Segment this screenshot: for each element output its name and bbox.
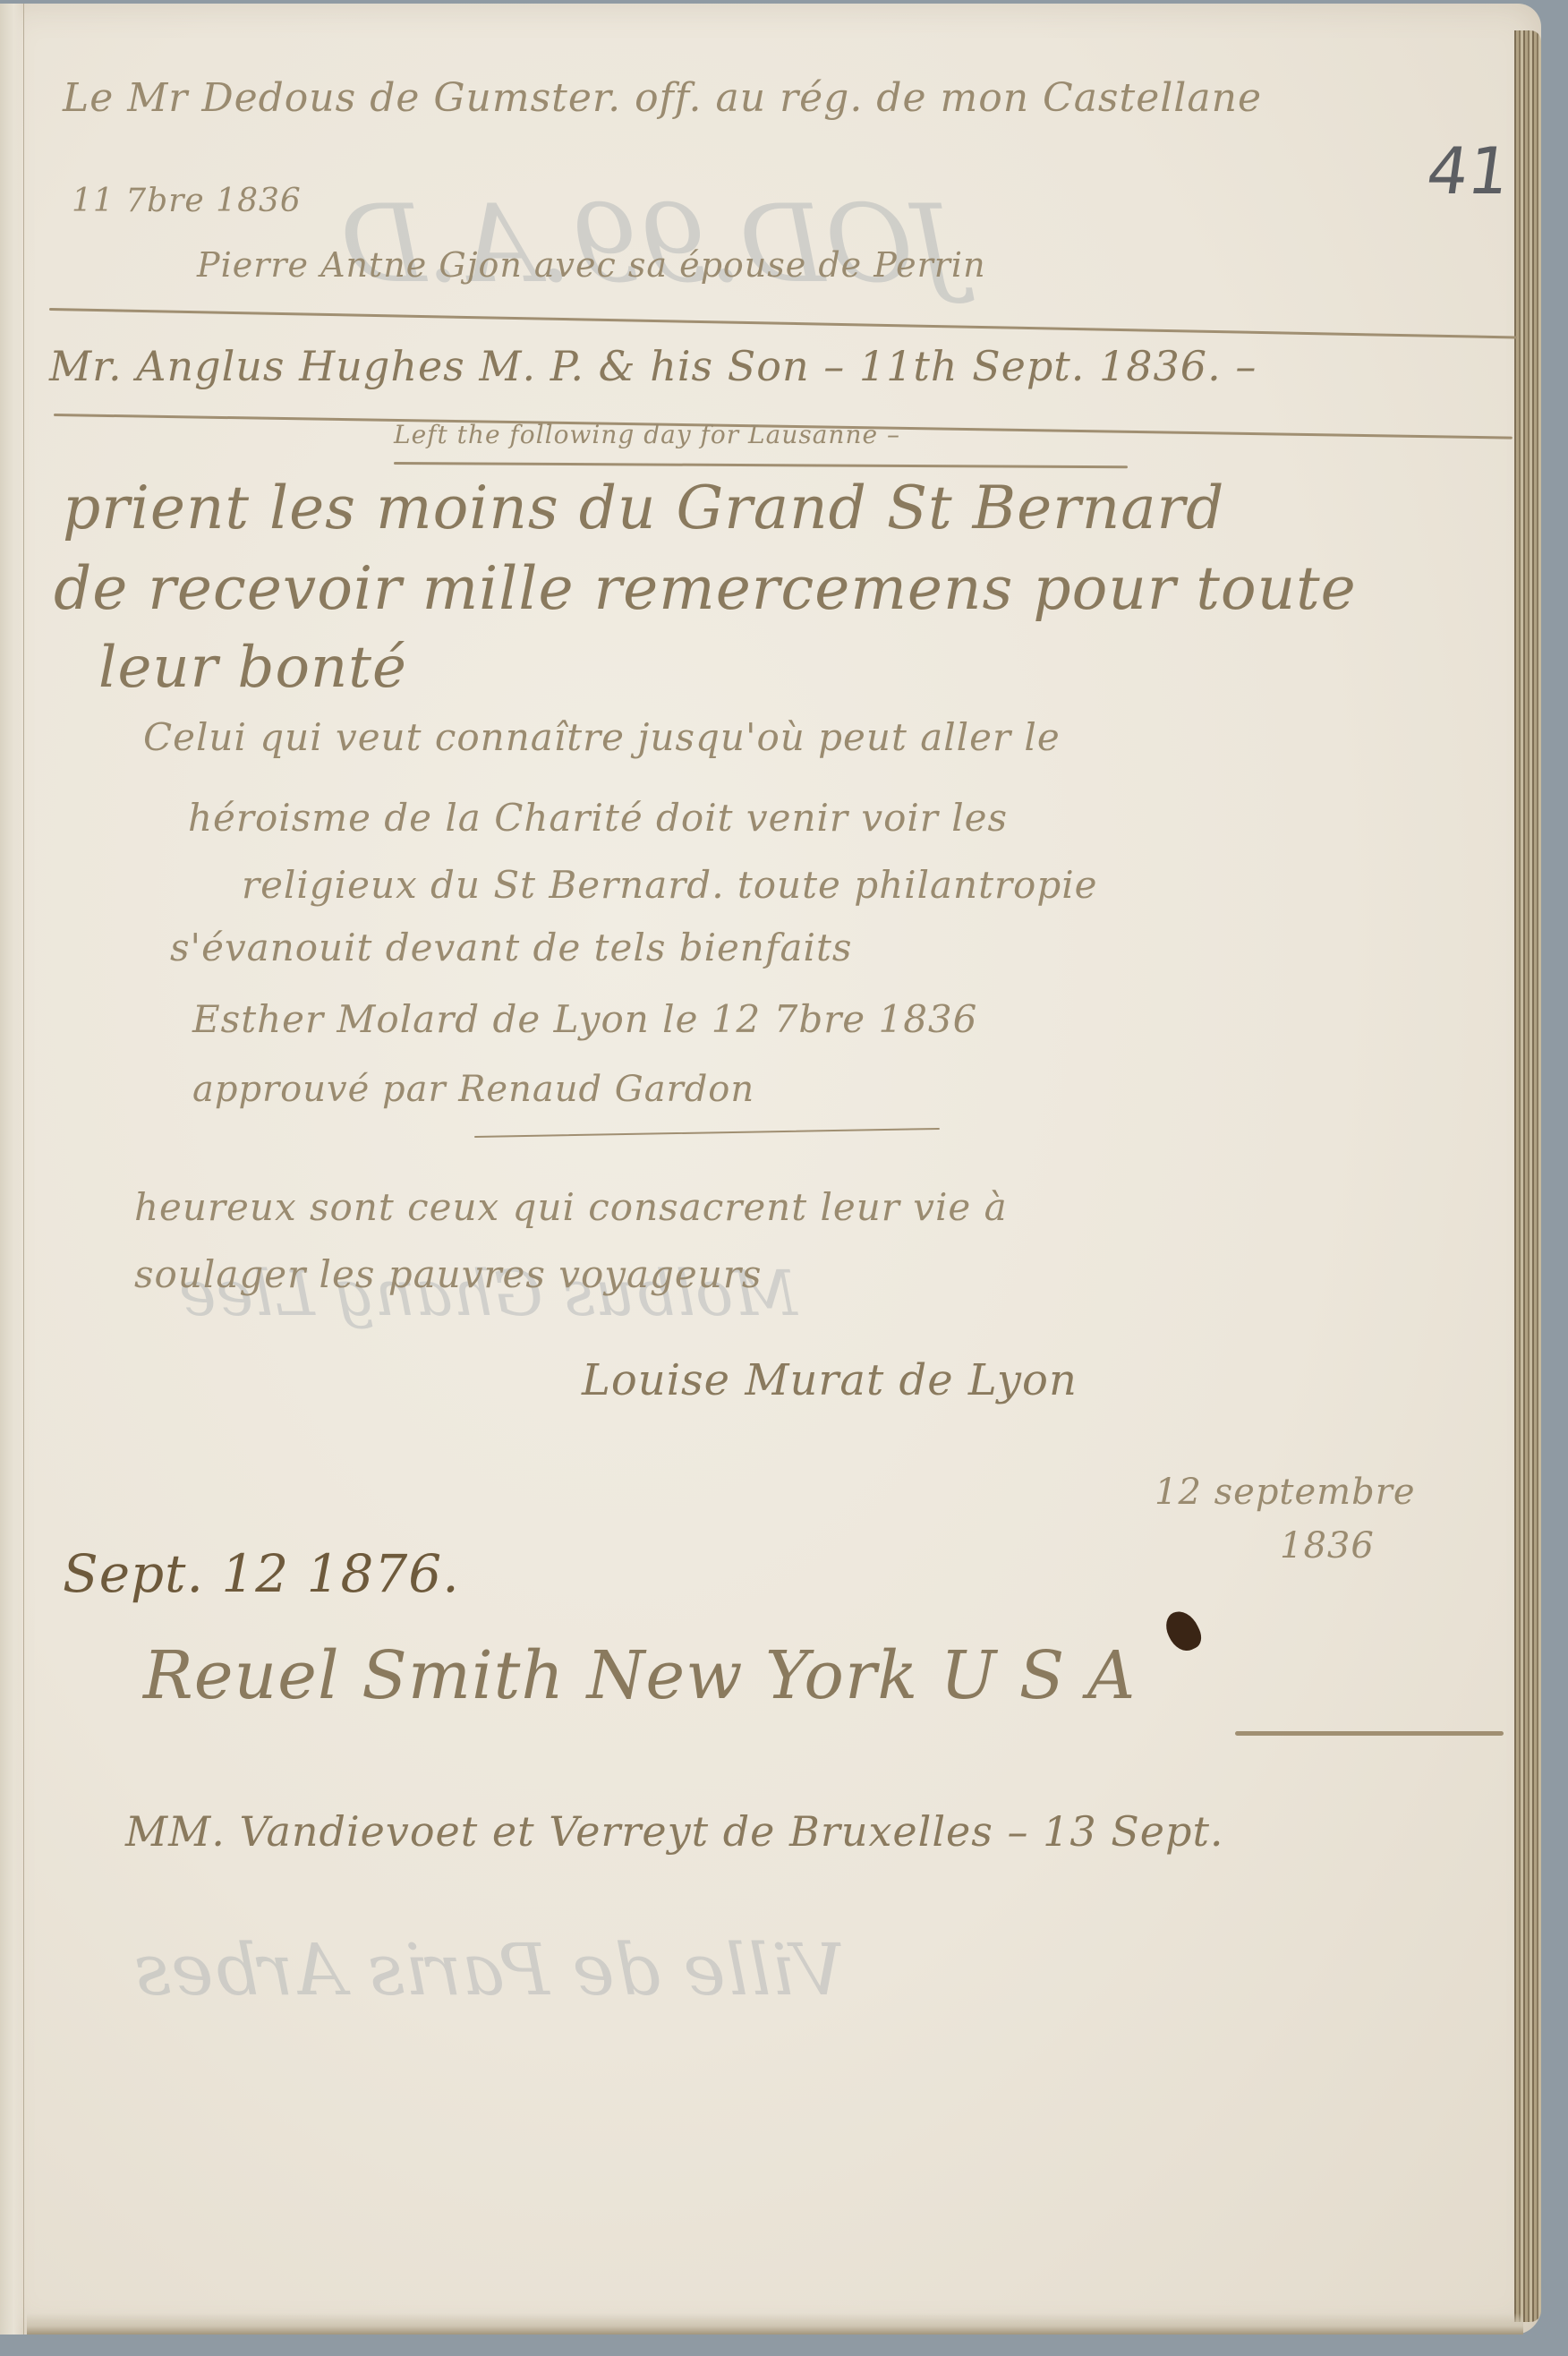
entry-line: approuvé par Renaud Gardon	[192, 1069, 754, 1110]
entry-line: Left the following day for Lausanne –	[394, 420, 900, 449]
entry-line: s'évanouit devant de tels bienfaits	[170, 926, 852, 969]
entry-line: Pierre Antne Gjon avec sa épouse de Perr…	[197, 245, 986, 285]
page-bottom-edge	[27, 2313, 1523, 2335]
entry-date: Sept. 12 1876.	[63, 1543, 460, 1604]
entry-line: héroisme de la Charité doit venir voir l…	[188, 796, 1008, 840]
entry-line: Celui qui veut connaître jusqu'où peut a…	[143, 715, 1061, 759]
entry-line: Le Mr Dedous de Gumster. off. au rég. de…	[63, 75, 1262, 121]
entry-line: prient les moins du Grand St Bernard	[63, 474, 1224, 542]
page-gutter	[0, 4, 24, 2335]
entry-date: 12 septembre	[1155, 1472, 1416, 1513]
entry-line: soulager les pauvres voyageurs	[134, 1252, 762, 1296]
entry-line: heureux sont ceux qui consacrent leur vi…	[134, 1185, 1008, 1229]
bleed-through-text: Ville de Paris Arbes	[134, 1928, 845, 2011]
entry-line: leur bonté	[98, 635, 407, 701]
divider-rule	[49, 308, 1517, 338]
divider-rule	[394, 462, 1128, 468]
signature-flourish	[474, 1128, 940, 1138]
signature: Louise Murat de Lyon	[582, 1355, 1078, 1405]
ink-blot	[1161, 1606, 1206, 1656]
underline-rule	[1235, 1731, 1504, 1736]
entry-line: Esther Molard de Lyon le 12 7bre 1836	[192, 997, 977, 1041]
page-fore-edge	[1514, 30, 1541, 2322]
entry-line: MM. Vandievoet et Verreyt de Bruxelles –…	[125, 1807, 1224, 1856]
entry-line: de recevoir mille remercemens pour toute	[54, 554, 1357, 623]
entry-line: Reuel Smith New York U S A	[143, 1637, 1136, 1714]
entry-line: religieux du St Bernard. toute philantro…	[242, 863, 1098, 907]
entry-date: 1836	[1280, 1525, 1375, 1566]
entry-line: Mr. Anglus Hughes M. P. & his Son – 11th…	[49, 342, 1257, 390]
manuscript-page: JOD.99.A.D Molbus Ghang Llee Ville de Pa…	[0, 4, 1541, 2335]
folio-number: 41	[1422, 133, 1514, 209]
entry-line: 11 7bre 1836	[72, 183, 302, 219]
